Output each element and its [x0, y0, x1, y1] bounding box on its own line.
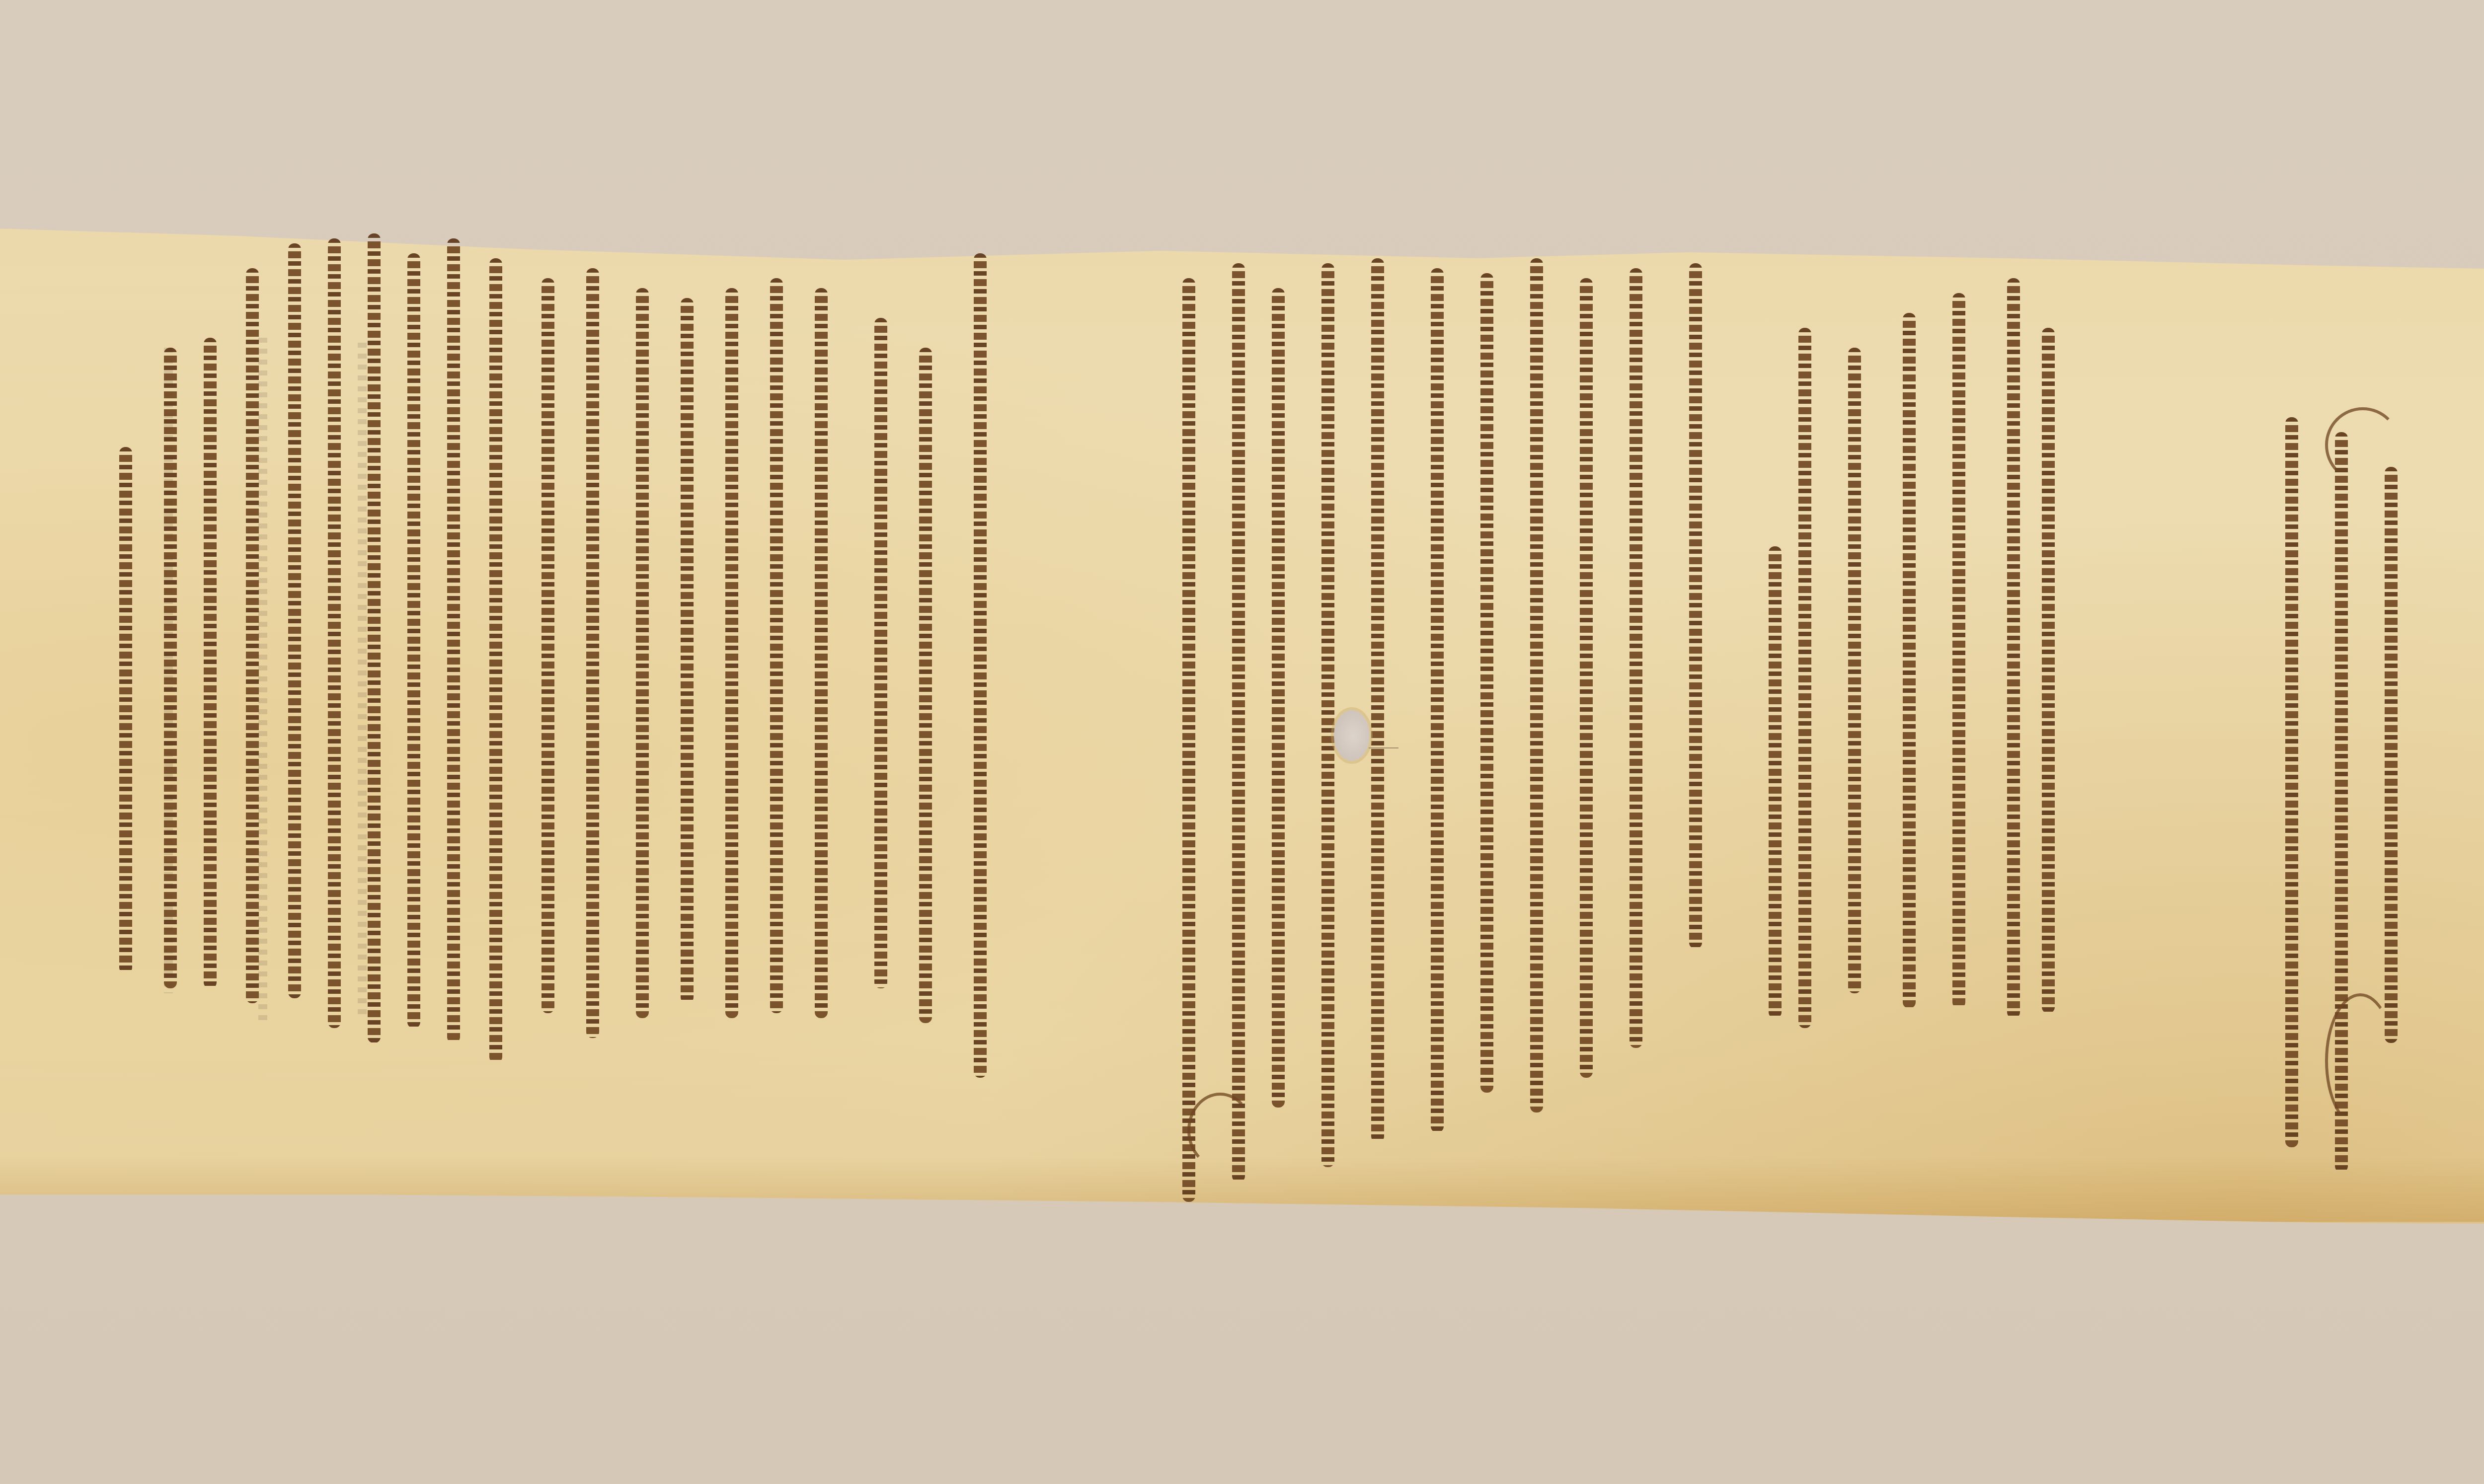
script-line: [874, 318, 887, 988]
flourish-mark: [1187, 1093, 1253, 1168]
script-line: [770, 278, 783, 1013]
photo-stage: [0, 0, 2484, 1484]
script-line: [368, 233, 381, 1043]
script-line: [815, 288, 828, 1018]
paper-hole: [1334, 710, 1370, 761]
script-line: [1848, 348, 1861, 993]
heading-line: [2385, 467, 2398, 1043]
heading-line: [2285, 417, 2298, 1147]
script-line: [1272, 288, 1285, 1108]
script-line: [1321, 263, 1334, 1167]
script-line: [328, 238, 341, 1028]
script-line: [1182, 278, 1195, 1202]
script-line: [636, 288, 649, 1018]
script-line: [407, 253, 420, 1028]
script-line: [1530, 258, 1543, 1113]
script-line: [681, 298, 694, 1003]
script-line: [1689, 263, 1702, 949]
flourish-mark: [2325, 993, 2396, 1128]
flourish-mark: [2325, 407, 2401, 483]
script-line: [586, 268, 599, 1038]
script-line: [204, 338, 217, 988]
script-line: [2042, 328, 2055, 1013]
script-line: [1580, 278, 1593, 1078]
script-line: [1798, 328, 1811, 1028]
script-line: [447, 238, 460, 1043]
bleed-through-line: [258, 338, 267, 1023]
script-line: [1232, 263, 1245, 1182]
script-line: [164, 348, 177, 988]
script-line: [288, 243, 301, 998]
script-line: [1480, 273, 1493, 1093]
script-line: [1769, 546, 1782, 1018]
script-line: [974, 253, 987, 1078]
script-line: [489, 258, 502, 1063]
script-line: [725, 288, 738, 1018]
script-line: [119, 447, 132, 973]
script-line: [1431, 268, 1444, 1132]
bleed-through-line: [358, 343, 367, 1018]
script-line: [542, 278, 554, 1013]
script-line: [1371, 258, 1384, 1142]
script-line: [1630, 268, 1642, 1048]
script-line: [919, 348, 932, 1023]
script-line: [246, 268, 259, 1003]
script-line: [1952, 293, 1965, 1008]
paper-tear: [1369, 747, 1398, 748]
script-line: [2007, 278, 2020, 1018]
script-line: [1903, 313, 1916, 1008]
